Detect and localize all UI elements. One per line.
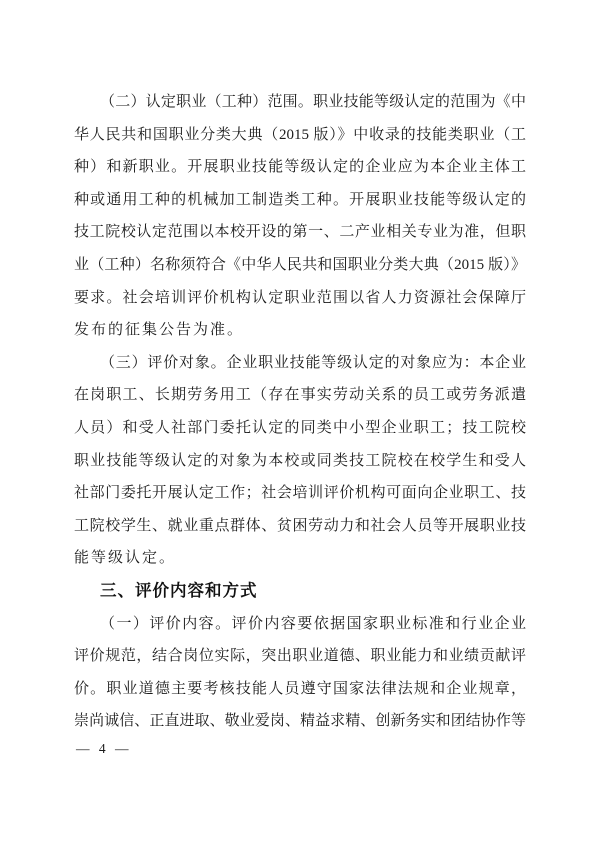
- text-line: 崇尚诚信、正直进取、敬业爱岗、精益求精、创新务实和团结协作等: [74, 705, 526, 738]
- document-body: （二）认定职业（工种）范围。职业技能等级认定的范围为《中 华人民共和国职业分类大…: [74, 86, 526, 738]
- text-line: 价。职业道德主要考核技能人员遵守国家法律法规和企业规章，: [74, 673, 526, 706]
- text-line: （三）评价对象。企业职业技能等级认定的对象应为：本企业: [74, 347, 526, 380]
- text-line: 要求。社会培训评价机构认定职业范围以省人力资源社会保障厅: [74, 282, 526, 315]
- text-line: 种或通用工种的机械加工制造类工种。开展职业技能等级认定的: [74, 184, 526, 217]
- text-line: 能等级认定。: [74, 542, 526, 575]
- paragraph-evaluation-targets: （三）评价对象。企业职业技能等级认定的对象应为：本企业 在岗职工、长期劳务用工（…: [74, 347, 526, 575]
- text-line: 职业技能等级认定的对象为本校或同类技工院校在校学生和受人: [74, 445, 526, 478]
- text-line: （二）认定职业（工种）范围。职业技能等级认定的范围为《中: [74, 86, 526, 119]
- text-line: 业（工种）名称须符合《中华人民共和国职业分类大典（2015 版）》: [74, 249, 526, 282]
- text-line: 在岗职工、长期劳务用工（存在事实劳动关系的员工或劳务派遣: [74, 379, 526, 412]
- text-line: 工院校学生、就业重点群体、贫困劳动力和社会人员等开展职业技: [74, 510, 526, 543]
- text-line: （一）评价内容。评价内容要依据国家职业标准和行业企业: [74, 608, 526, 641]
- page-number: — 4 —: [76, 742, 132, 756]
- paragraph-certification-scope: （二）认定职业（工种）范围。职业技能等级认定的范围为《中 华人民共和国职业分类大…: [74, 86, 526, 347]
- text-line: 人员）和受人社部门委托认定的同类中小型企业职工；技工院校: [74, 412, 526, 445]
- document-page: （二）认定职业（工种）范围。职业技能等级认定的范围为《中 华人民共和国职业分类大…: [0, 0, 600, 849]
- text-line: 华人民共和国职业分类大典（2015 版）》中收录的技能类职业（工: [74, 119, 526, 152]
- text-line: 评价规范，结合岗位实际，突出职业道德、职业能力和业绩贡献评: [74, 640, 526, 673]
- section-heading: 三、评价内容和方式: [74, 575, 526, 608]
- text-line: 技工院校认定范围以本校开设的第一、二产业相关专业为准，但职: [74, 216, 526, 249]
- paragraph-evaluation-content: （一）评价内容。评价内容要依据国家职业标准和行业企业 评价规范，结合岗位实际，突…: [74, 608, 526, 738]
- text-line: 种）和新职业。开展职业技能等级认定的企业应为本企业主体工: [74, 151, 526, 184]
- text-line: 社部门委托开展认定工作；社会培训评价机构可面向企业职工、技: [74, 477, 526, 510]
- text-line: 发布的征集公告为准。: [74, 314, 526, 347]
